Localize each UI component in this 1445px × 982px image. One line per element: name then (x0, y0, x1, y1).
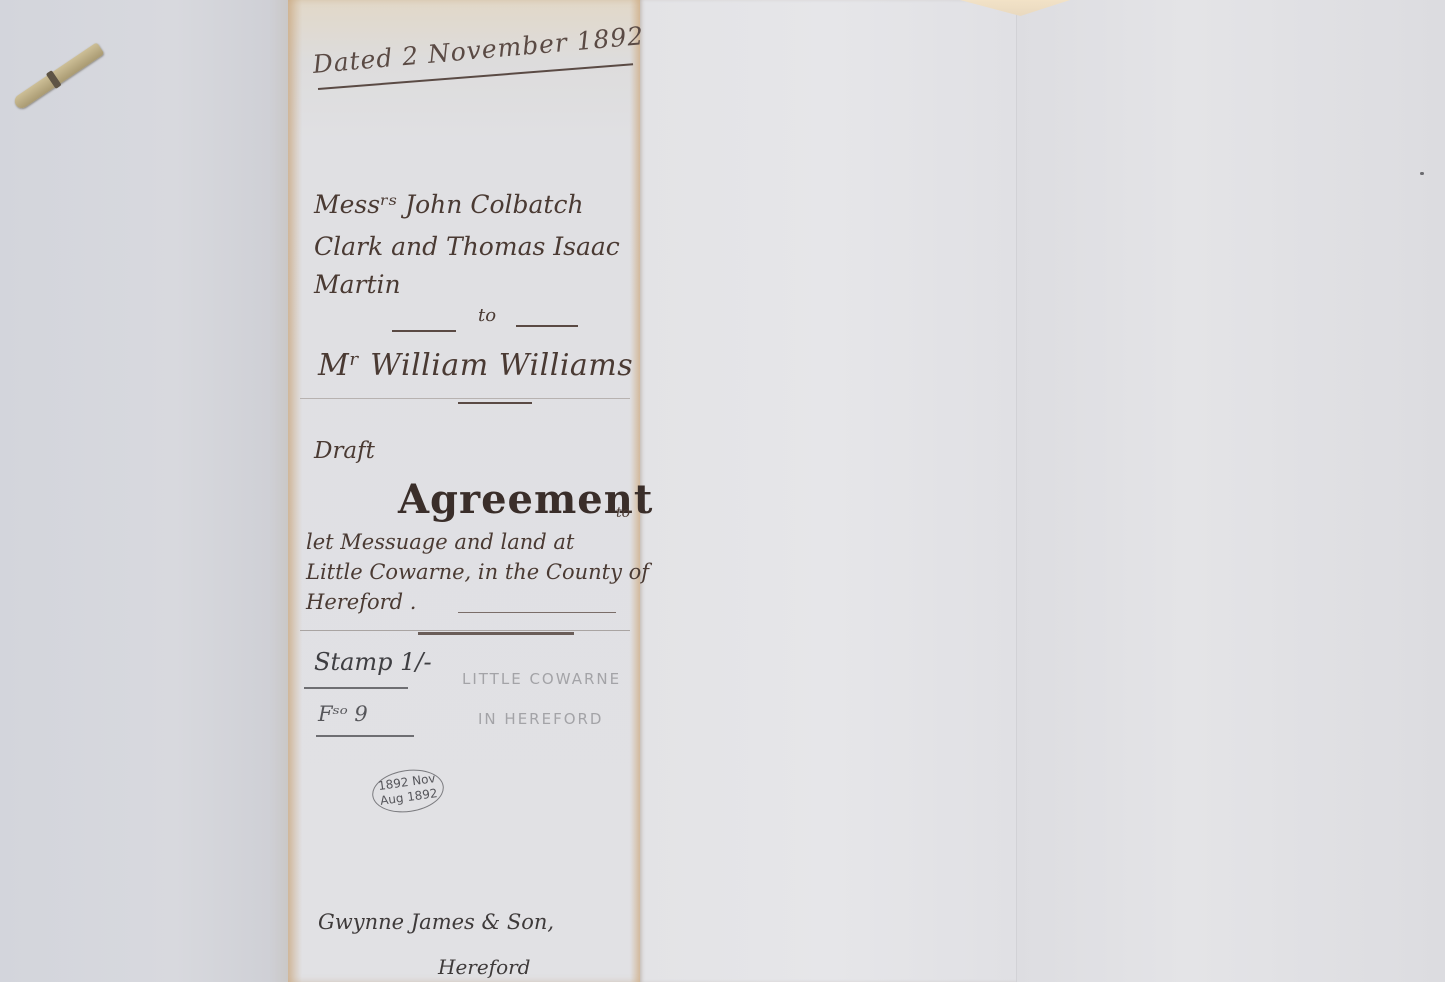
stamp-underline (304, 687, 408, 689)
parties-line-1: Messʳˢ John Colbatch (314, 190, 584, 219)
section-divider-2 (300, 630, 630, 631)
body-line-2: Little Cowarne, in the County of (306, 560, 649, 584)
to-rule-left (392, 330, 456, 332)
draft-label: Draft (314, 438, 375, 464)
folio-count: Fˢᵒ 9 (318, 702, 368, 726)
folio-underline (316, 735, 414, 737)
to-connector: to (478, 305, 496, 326)
to-rule-right (516, 325, 578, 327)
body-line-3: Hereford . (306, 590, 416, 614)
inner-page-left (640, 0, 1018, 982)
inner-page-right (1016, 0, 1445, 982)
section-divider (300, 398, 630, 399)
body-end-rule (458, 612, 616, 613)
section-divider-2-accent (418, 632, 574, 635)
left-cover-panel (0, 0, 292, 982)
pencil-note-1: LITTLE COWARNE (462, 670, 621, 688)
ribbon-tag-icon (12, 42, 104, 111)
recipient-name: Mʳ William Williams (318, 348, 633, 383)
section-divider-accent (458, 402, 532, 404)
pencil-note-2: IN HEREFORD (478, 710, 603, 728)
paper-speck (1420, 172, 1424, 175)
parties-line-3: Martin (314, 270, 401, 299)
solicitor-town: Hereford (438, 955, 530, 979)
body-line-1: let Messuage and land at (306, 530, 574, 554)
title-suffix: to (616, 505, 630, 521)
solicitor-name: Gwynne James & Son, (318, 910, 554, 934)
stamp-duty: Stamp 1/- (314, 648, 432, 676)
parties-line-2: Clark and Thomas Isaac (314, 232, 620, 261)
